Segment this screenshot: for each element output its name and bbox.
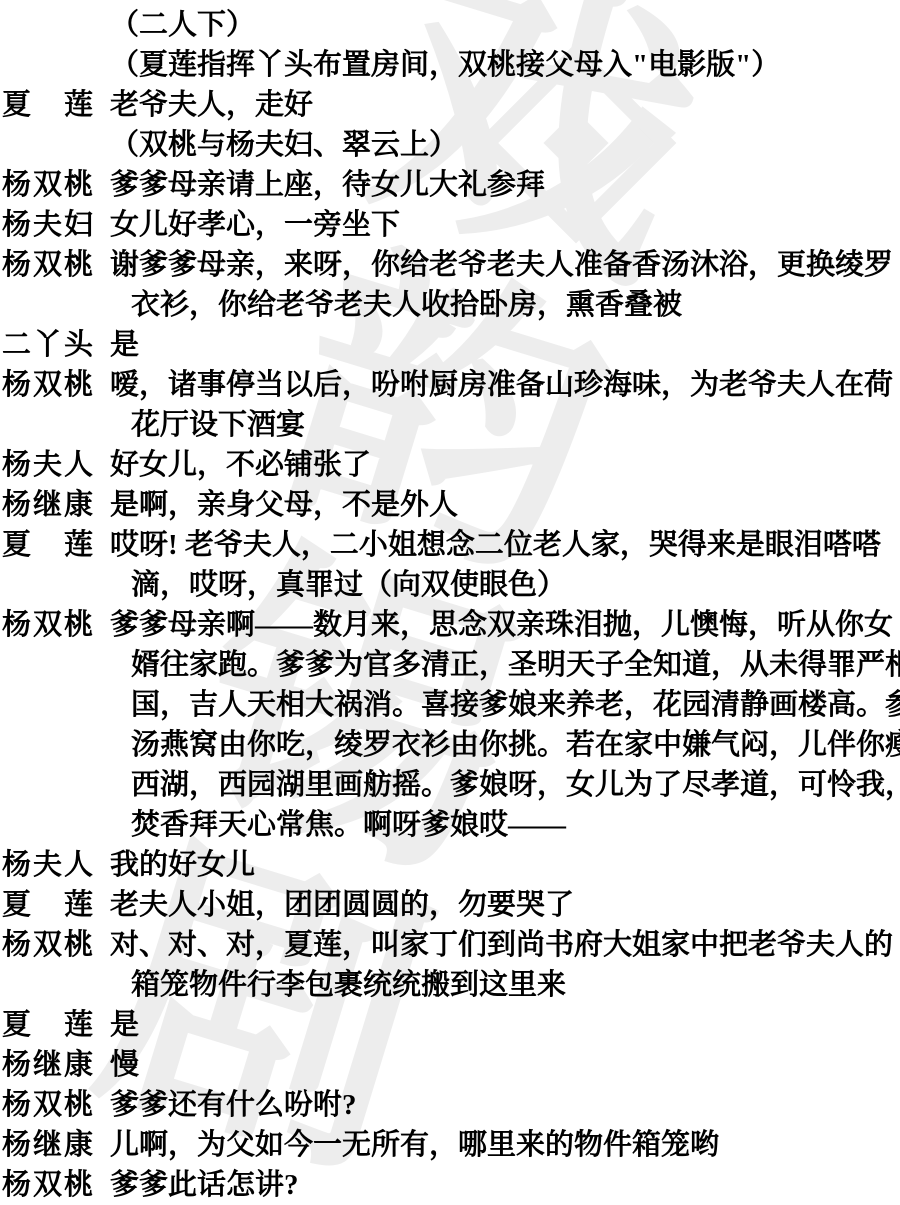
speaker-name: 杨双桃 [0,925,110,965]
script-line: 二丫头 是 [0,325,900,365]
dialogue-text: 对、对、对，夏莲，叫家丁们到尚书府大姐家中把老爷夫人的 箱笼物件行李包裹统统搬到… [110,925,900,1005]
script-line: 杨双桃 对、对、对，夏莲，叫家丁们到尚书府大姐家中把老爷夫人的 箱笼物件行李包裹… [0,925,900,1005]
speaker-name: 夏 莲 [0,885,110,925]
speaker-name: 二丫头 [0,325,110,365]
dialogue-text: 爹爹母亲请上座，待女儿大礼参拜 [110,165,900,205]
stage-direction: （二人下） [0,5,900,45]
script-line: 杨双桃 爹爹还有什么吩咐? [0,1085,900,1125]
script-line: 杨双桃 嗳，诸事停当以后，吩咐厨房准备山珍海味，为老爷夫人在荷 花厅设下酒宴 [0,365,900,445]
dialogue-text: 是 [110,1005,900,1045]
script-line: 夏 莲 老爷夫人，走好 [0,85,900,125]
speaker-name: 杨继康 [0,1045,110,1085]
script-line: 杨夫妇 女儿好孝心，一旁坐下 [0,205,900,245]
script-line: 杨双桃 谢爹爹母亲，来呀，你给老爷老夫人准备香汤沐浴，更换绫罗 衣衫，你给老爷老… [0,245,900,325]
speaker-name: 杨双桃 [0,165,110,205]
dialogue-text: 好女儿，不必铺张了 [110,445,900,485]
speaker-name: 杨双桃 [0,365,110,405]
speaker-name: 夏 莲 [0,525,110,565]
speaker-name: 夏 莲 [0,85,110,125]
script-line: 夏 莲 哎呀! 老爷夫人，二小姐想念二位老人家，哭得来是眼泪嗒嗒 滴，哎呀，真罪… [0,525,900,605]
script-line: 杨夫人 我的好女儿 [0,845,900,885]
speaker-name: 杨双桃 [0,1085,110,1125]
speaker-name: 杨夫妇 [0,205,110,245]
script-line: 夏 莲 老夫人小姐，团团圆圆的，勿要哭了 [0,885,900,925]
dialogue-text: 女儿好孝心，一旁坐下 [110,205,900,245]
script-line: 杨夫人 好女儿，不必铺张了 [0,445,900,485]
dialogue-text: 老爷夫人，走好 [110,85,900,125]
dialogue-text: 嗳，诸事停当以后，吩咐厨房准备山珍海味，为老爷夫人在荷 花厅设下酒宴 [110,365,900,445]
dialogue-text: 儿啊，为父如今一无所有，哪里来的物件箱笼哟 [110,1125,900,1165]
dialogue-text: 是 [110,325,900,365]
dialogue-text: 爹爹还有什么吩咐? [110,1085,900,1125]
dialogue-text: 我的好女儿 [110,845,900,885]
dialogue-text: 谢爹爹母亲，来呀，你给老爷老夫人准备香汤沐浴，更换绫罗 衣衫，你给老爷老夫人收拾… [110,245,900,325]
dialogue-text: 爹爹母亲啊——数月来，思念双亲珠泪抛，儿懊悔，听从你女 婿往家跑。爹爹为官多清正… [110,605,900,845]
speaker-name: 杨继康 [0,1125,110,1165]
stage-direction-text: （二人下） [110,5,900,45]
script-line: 杨继康 是啊，亲身父母，不是外人 [0,485,900,525]
speaker-name: 杨双桃 [0,245,110,285]
script-line: 杨双桃 爹爹母亲啊——数月来，思念双亲珠泪抛，儿懊悔，听从你女 婿往家跑。爹爹为… [0,605,900,845]
dialogue-text: 慢 [110,1045,900,1085]
speaker-name: 夏 莲 [0,1005,110,1045]
speaker-name: 杨双桃 [0,1165,110,1205]
script-line: 夏 莲 是 [0,1005,900,1045]
script-line: 杨继康 慢 [0,1045,900,1085]
stage-direction: （夏莲指挥丫头布置房间，双桃接父母入"电影版"） [0,45,900,85]
stage-direction: （双桃与杨夫妇、翠云上） [0,125,900,165]
dialogue-text: 老夫人小姐，团团圆圆的，勿要哭了 [110,885,900,925]
script-line: 杨双桃 爹爹此话怎讲? [0,1165,900,1205]
script-line: 杨双桃 爹爹母亲请上座，待女儿大礼参拜 [0,165,900,205]
stage-direction-text: （夏莲指挥丫头布置房间，双桃接父母入"电影版"） [110,45,900,85]
speaker-name: 杨继康 [0,485,110,525]
speaker-name: 杨夫人 [0,445,110,485]
stage-direction-text: （双桃与杨夫妇、翠云上） [110,125,900,165]
dialogue-text: 爹爹此话怎讲? [110,1165,900,1205]
dialogue-text: 是啊，亲身父母，不是外人 [110,485,900,525]
script-line: 杨继康 儿啊，为父如今一无所有，哪里来的物件箱笼哟 [0,1125,900,1165]
speaker-name: 杨夫人 [0,845,110,885]
speaker-name: 杨双桃 [0,605,110,645]
script-page: （二人下） （夏莲指挥丫头布置房间，双桃接父母入"电影版"） 夏 莲 老爷夫人，… [0,0,900,1205]
dialogue-text: 哎呀! 老爷夫人，二小姐想念二位老人家，哭得来是眼泪嗒嗒 滴，哎呀，真罪过（向双… [110,525,900,605]
